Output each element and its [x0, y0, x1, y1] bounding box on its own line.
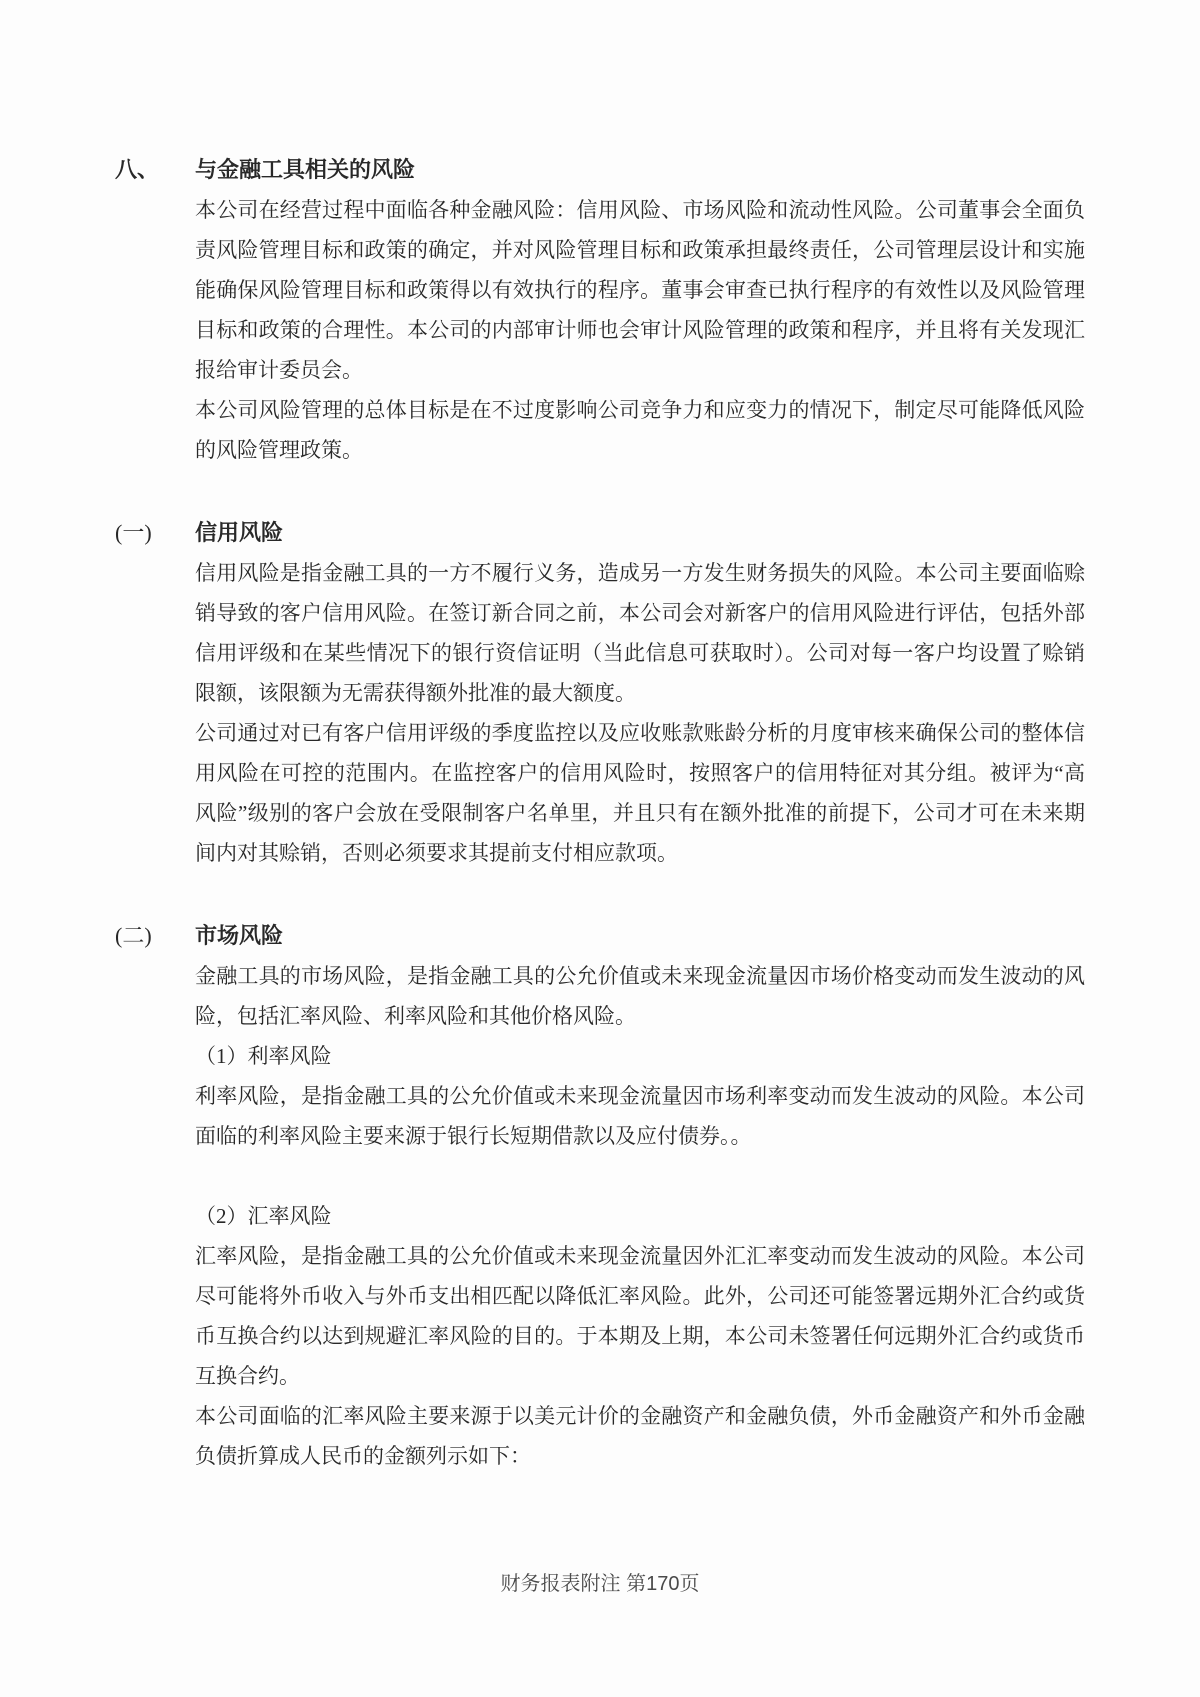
subsection-interest-rate-risk-title: （1）利率风险: [195, 1036, 1085, 1076]
section-market-risk-number: (二): [115, 916, 195, 956]
chapter-number: 八、: [115, 150, 195, 190]
subsection-exchange-rate-risk-title: （2）汇率风险: [195, 1196, 1085, 1236]
chapter-title: 与金融工具相关的风险: [195, 150, 415, 190]
chapter-heading: 八、 与金融工具相关的风险: [115, 150, 1085, 190]
page-footer: 财务报表附注 第170页: [0, 1572, 1200, 1596]
intro-paragraph-1: 本公司在经营过程中面临各种金融风险：信用风险、市场风险和流动性风险。公司董事会全…: [195, 190, 1085, 390]
intro-paragraph-2: 本公司风险管理的总体目标是在不过度影响公司竞争力和应变力的情况下，制定尽可能降低…: [195, 390, 1085, 470]
section-credit-risk-body: 信用风险 信用风险是指金融工具的一方不履行义务，造成另一方发生财务损失的风险。本…: [195, 513, 1085, 873]
section-market-risk-title: 市场风险: [195, 916, 1085, 956]
interest-rate-risk-paragraph: 利率风险，是指金融工具的公允价值或未来现金流量因市场利率变动而发生波动的风险。本…: [195, 1076, 1085, 1156]
page-content: 八、 与金融工具相关的风险 本公司在经营过程中面临各种金融风险：信用风险、市场风…: [115, 150, 1085, 1476]
market-risk-intro-paragraph: 金融工具的市场风险，是指金融工具的公允价值或未来现金流量因市场价格变动而发生波动…: [195, 956, 1085, 1036]
exchange-rate-risk-paragraph-1: 汇率风险，是指金融工具的公允价值或未来现金流量因外汇汇率变动而发生波动的风险。本…: [195, 1236, 1085, 1396]
chapter-intro: 本公司在经营过程中面临各种金融风险：信用风险、市场风险和流动性风险。公司董事会全…: [195, 190, 1085, 470]
document-page: 八、 与金融工具相关的风险 本公司在经营过程中面临各种金融风险：信用风险、市场风…: [0, 0, 1200, 1697]
credit-risk-paragraph-1: 信用风险是指金融工具的一方不履行义务，造成另一方发生财务损失的风险。本公司主要面…: [195, 553, 1085, 713]
exchange-rate-risk-paragraph-2: 本公司面临的汇率风险主要来源于以美元计价的金融资产和金融负债，外币金融资产和外币…: [195, 1396, 1085, 1476]
section-market-risk: (二) 市场风险 金融工具的市场风险，是指金融工具的公允价值或未来现金流量因市场…: [115, 916, 1085, 1476]
section-credit-risk: (一) 信用风险 信用风险是指金融工具的一方不履行义务，造成另一方发生财务损失的…: [115, 513, 1085, 873]
credit-risk-paragraph-2: 公司通过对已有客户信用评级的季度监控以及应收账款账龄分析的月度审核来确保公司的整…: [195, 713, 1085, 873]
section-market-risk-body: 市场风险 金融工具的市场风险，是指金融工具的公允价值或未来现金流量因市场价格变动…: [195, 916, 1085, 1476]
section-credit-risk-number: (一): [115, 513, 195, 553]
section-credit-risk-title: 信用风险: [195, 513, 1085, 553]
